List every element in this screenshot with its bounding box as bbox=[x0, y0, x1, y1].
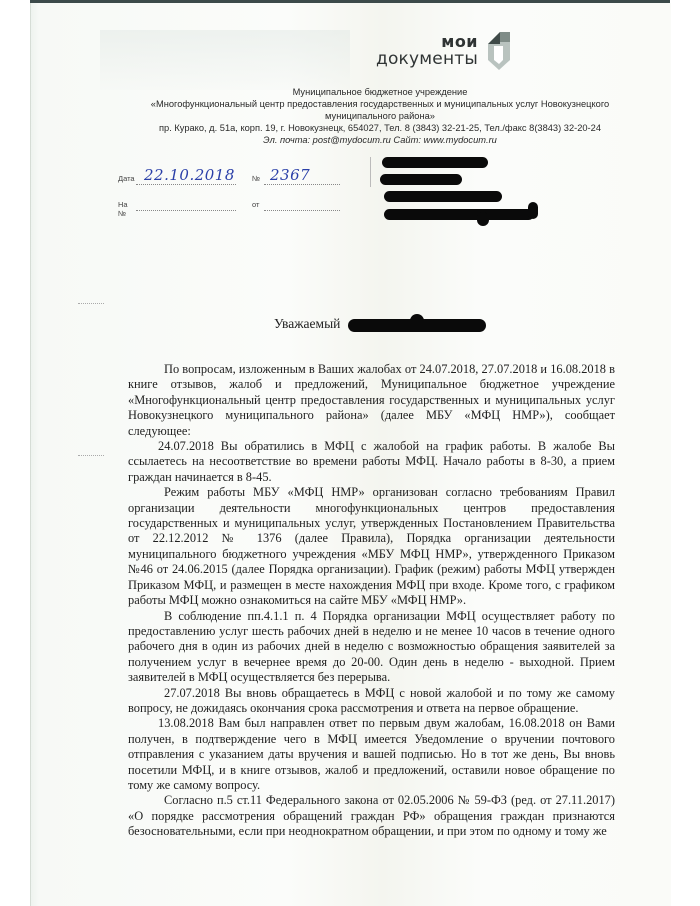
paragraph: По вопросам, изложенным в Ваших жалобах … bbox=[128, 362, 615, 439]
date-value: 22.10.2018 bbox=[144, 166, 235, 184]
margin-mark bbox=[78, 455, 104, 456]
paragraph: Согласно п.5 ст.11 Федерального закона о… bbox=[128, 793, 615, 839]
paragraph: 24.07.2018 Вы обратились в МФЦ с жалобой… bbox=[128, 439, 615, 485]
margin-mark bbox=[78, 303, 104, 304]
paragraph: Режим работы МБУ «МФЦ НМР» организован с… bbox=[128, 485, 615, 608]
ref-date-label: от bbox=[252, 200, 259, 209]
org-contacts: Эл. почта: post@mydocum.ru Сайт: www.myd… bbox=[120, 134, 640, 146]
field-divider bbox=[370, 157, 371, 187]
org-address: пр. Курако, д. 51а, корп. 19, г. Новокуз… bbox=[120, 122, 640, 134]
date-label: Дата bbox=[118, 174, 135, 183]
salutation: Уважаемый bbox=[274, 316, 340, 332]
paragraph: 13.08.2018 Вам был направлен ответ по пе… bbox=[128, 716, 615, 793]
paragraph: В соблюдение пп.4.1.1 п. 4 Порядка орган… bbox=[128, 609, 615, 686]
number-label: № bbox=[252, 174, 260, 183]
number-value: 2367 bbox=[270, 166, 310, 184]
organization-header: Муниципальное бюджетное учреждение «Мног… bbox=[120, 86, 640, 146]
org-name-cont: муниципального района» bbox=[120, 110, 640, 122]
logo-text-moi: мои bbox=[376, 34, 478, 50]
moi-dokumenty-logo-icon bbox=[484, 30, 514, 72]
logo-text-dokumenty: документы bbox=[376, 51, 478, 68]
org-name: «Многофункциональный центр предоставлени… bbox=[120, 98, 640, 110]
ref-number-label: На № bbox=[118, 200, 128, 218]
logo: мои документы bbox=[376, 30, 514, 72]
org-type: Муниципальное бюджетное учреждение bbox=[120, 86, 640, 98]
bleed-through-artifact bbox=[100, 30, 350, 90]
paragraph: 27.07.2018 Вы вновь обращаетесь в МФЦ с … bbox=[128, 686, 615, 717]
letter-body: По вопросам, изложенным в Ваших жалобах … bbox=[128, 362, 615, 840]
